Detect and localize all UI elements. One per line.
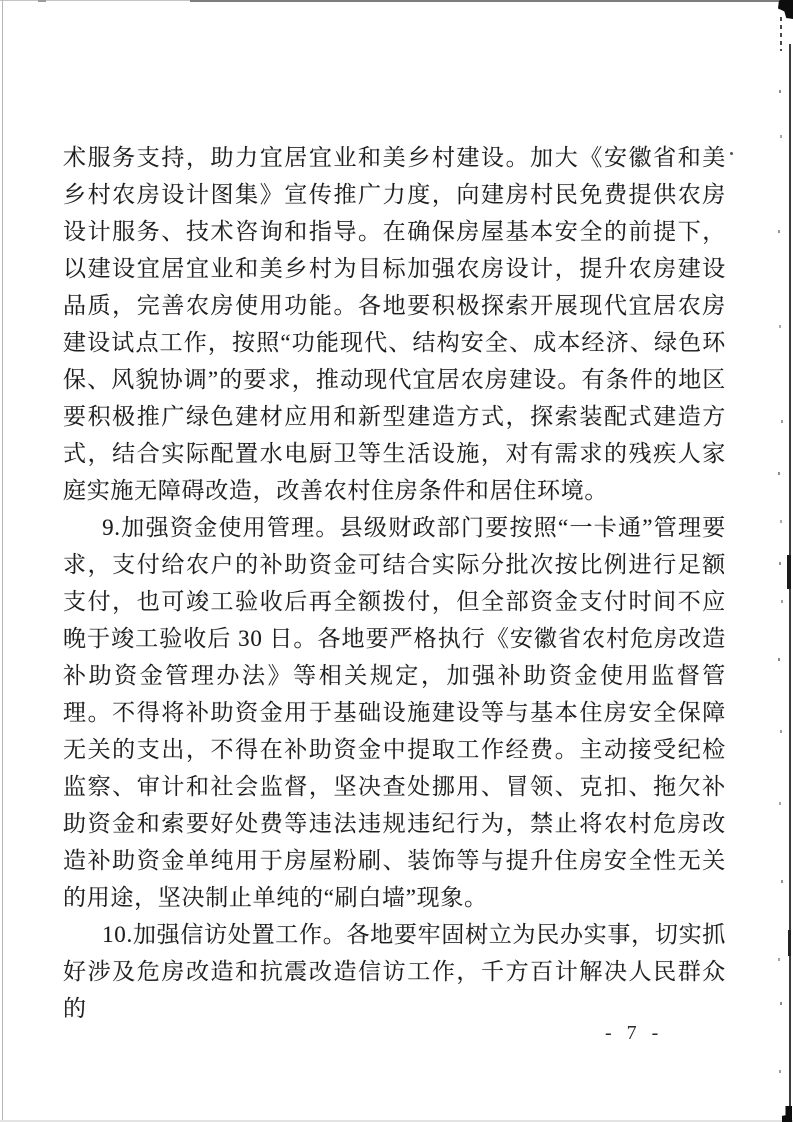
scanned-document-page: 术服务支持，助力宜居宜业和美乡村建设。加大《安徽省和美乡村农房设计图集》宣传推广… [0, 0, 793, 1122]
scan-artifact-top-dash [38, 0, 46, 2]
scan-artifact-top-right-blob [778, 0, 793, 19]
paragraph-continuation: 术服务支持，助力宜居宜业和美乡村建设。加大《安徽省和美乡村农房设计图集》宣传推广… [63, 139, 726, 509]
scan-artifact-bottom-right-hook [782, 1106, 792, 1122]
scan-artifact-top-edge-dark [190, 0, 782, 2]
scan-artifact-dot [730, 152, 733, 155]
scan-artifact-top-edge [0, 0, 793, 1]
scan-artifact-left-edge [2, 0, 3, 1122]
scan-artifact-right-thick-segment [788, 930, 791, 956]
scan-artifact-right-thick-segment [787, 555, 791, 589]
paragraph-item-10-petition-handling: 10.加强信访处置工作。各地要牢固树立为民办实事，切实抓好涉及危房改造和抗震改造… [63, 916, 726, 1027]
scan-artifact-right-dashes [780, 17, 782, 51]
paragraph-item-9-fund-management: 9.加强资金使用管理。县级财政部门要按照“一卡通”管理要求，支付给农户的补助资金… [63, 509, 726, 916]
page-number: - 7 - [605, 1022, 663, 1045]
document-body: 术服务支持，助力宜居宜业和美乡村建设。加大《安徽省和美乡村农房设计图集》宣传推广… [63, 139, 726, 1027]
scan-artifact-right-edge-line [789, 44, 791, 1122]
scan-artifact-specks [779, 90, 781, 93]
